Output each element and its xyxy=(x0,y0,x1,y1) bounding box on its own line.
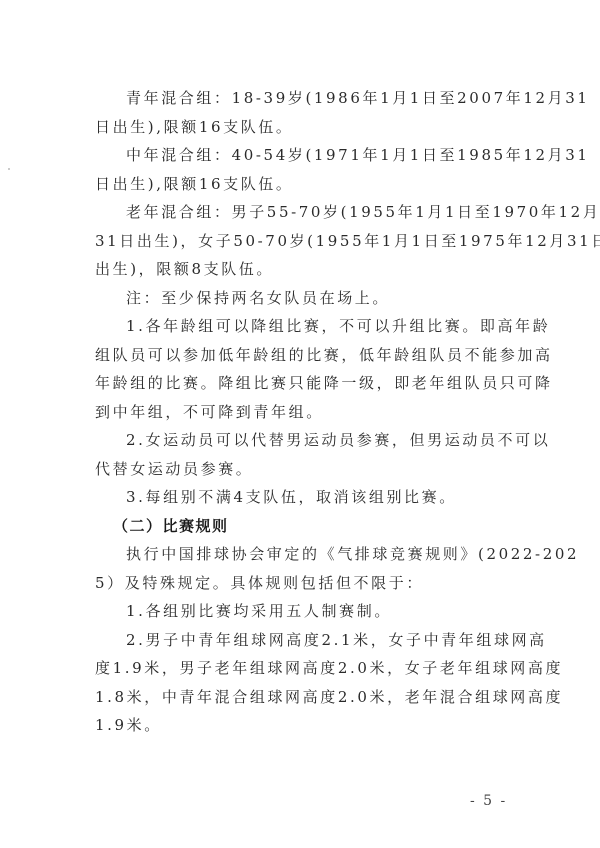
section-heading: （二）比赛规则 xyxy=(95,512,515,541)
text-line: 2.男子中青年组球网高度2.1米，女子中青年组球网高 xyxy=(95,626,515,655)
text-line: 1.各年龄组可以降组比赛，不可以升组比赛。即高年龄 xyxy=(95,312,515,341)
text-line: 度1.9米，男子老年组球网高度2.0米，女子老年组球网高度 xyxy=(95,654,515,683)
text-line: 5）及特殊规定。具体规则包括但不限于： xyxy=(95,569,515,598)
scan-speck xyxy=(8,168,10,170)
text-line: 青年混合组：18-39岁(1986年1月1日至2007年12月31 xyxy=(95,84,515,113)
note-line: 注：至少保持两名女队员在场上。 xyxy=(95,284,515,313)
text-line: 1.9米。 xyxy=(95,711,515,740)
text-line: 31日出生)，女子50-70岁(1955年1月1日至1975年12月31日 xyxy=(95,227,515,256)
text-line: 执行中国排球协会审定的《气排球竞赛规则》(2022-202 xyxy=(95,540,515,569)
text-line: 日出生),限额16支队伍。 xyxy=(95,113,515,142)
text-line: 组队员可以参加低年龄组的比赛，低年龄组队员不能参加高 xyxy=(95,341,515,370)
text-line: 代替女运动员参赛。 xyxy=(95,455,515,484)
text-line: 中年混合组：40-54岁(1971年1月1日至1985年12月31 xyxy=(95,141,515,170)
text-line: 2.女运动员可以代替男运动员参赛，但男运动员不可以 xyxy=(95,426,515,455)
text-line: 3.每组别不满4支队伍，取消该组别比赛。 xyxy=(95,483,515,512)
text-line: 1.8米，中青年混合组球网高度2.0米，老年混合组球网高度 xyxy=(95,683,515,712)
page-number: - 5 - xyxy=(470,793,507,809)
text-line: 1.各组别比赛均采用五人制赛制。 xyxy=(95,597,515,626)
text-line: 出生)，限额8支队伍。 xyxy=(95,255,515,284)
text-line: 年龄组的比赛。降组比赛只能降一级，即老年组队员只可降 xyxy=(95,369,515,398)
text-line: 老年混合组：男子55-70岁(1955年1月1日至1970年12月 xyxy=(95,198,515,227)
document-body: 青年混合组：18-39岁(1986年1月1日至2007年12月31 日出生),限… xyxy=(95,84,515,740)
text-line: 到中年组，不可降到青年组。 xyxy=(95,398,515,427)
text-line: 日出生),限额16支队伍。 xyxy=(95,170,515,199)
